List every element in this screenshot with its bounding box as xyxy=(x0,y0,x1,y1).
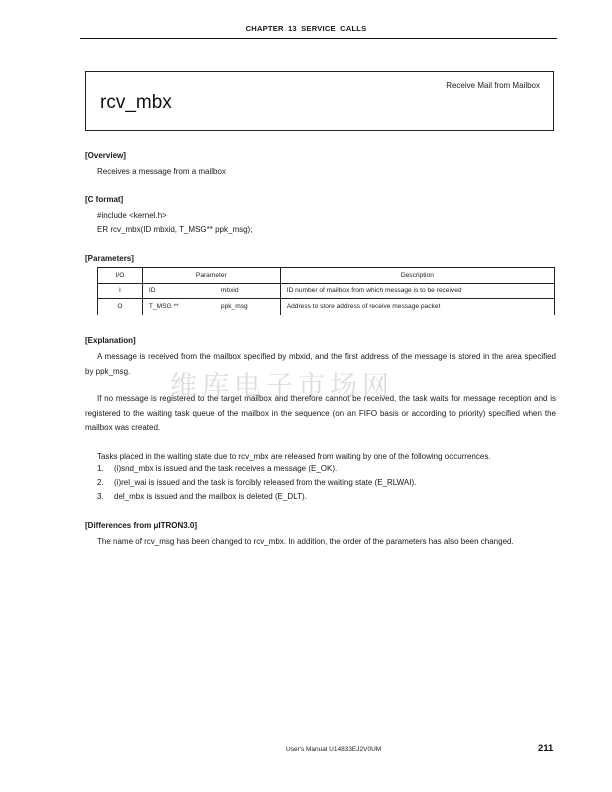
list-number: 2. xyxy=(97,478,114,487)
service-call-name: rcv_mbx xyxy=(100,92,172,114)
param-cell: IDmbxid xyxy=(142,283,280,299)
param-io: O xyxy=(98,299,143,315)
c-format-prototype: ER rcv_mbx(ID mbxid, T_MSG** ppk_msg); xyxy=(97,223,252,238)
table-header-row: I/O Parameter Description xyxy=(98,268,555,284)
list-text: del_mbx is issued and the mailbox is del… xyxy=(114,492,307,501)
column-header-io: I/O xyxy=(98,268,143,284)
column-header-parameter: Parameter xyxy=(142,268,280,284)
param-description: ID number of mailbox from which message … xyxy=(280,283,554,299)
table-row: O T_MSG **ppk_msg Address to store addre… xyxy=(98,299,555,315)
param-type: T_MSG ** xyxy=(149,303,221,310)
explanation-heading: [Explanation] xyxy=(85,336,136,345)
list-text: (i)rel_wai is issued and the task is for… xyxy=(114,478,416,487)
footer-manual-id: User's Manual U14833EJ2V0UM xyxy=(286,746,381,753)
c-format-include: #include <kernel.h> xyxy=(97,209,167,224)
list-item: 2.(i)rel_wai is issued and the task is f… xyxy=(97,478,416,487)
list-item: 1.(i)snd_mbx is issued and the task rece… xyxy=(97,464,337,473)
explanation-paragraph-2: If no message is registered to the targe… xyxy=(85,392,556,436)
list-number: 1. xyxy=(97,464,114,473)
table-row: I IDmbxid ID number of mailbox from whic… xyxy=(98,283,555,299)
parameters-heading: [Parameters] xyxy=(85,254,134,263)
param-cell: T_MSG **ppk_msg xyxy=(142,299,280,315)
list-number: 3. xyxy=(97,492,114,501)
overview-heading: [Overview] xyxy=(85,151,126,160)
header-rule xyxy=(80,38,557,39)
list-text: (i)snd_mbx is issued and the task receiv… xyxy=(114,464,337,473)
differences-text: The name of rcv_msg has been changed to … xyxy=(85,535,556,550)
param-io: I xyxy=(98,283,143,299)
column-header-description: Description xyxy=(280,268,554,284)
title-box: rcv_mbx Receive Mail from Mailbox xyxy=(85,71,554,131)
parameters-table: I/O Parameter Description I IDmbxid ID n… xyxy=(97,267,555,315)
service-call-subtitle: Receive Mail from Mailbox xyxy=(446,81,540,90)
list-item: 3.del_mbx is issued and the mailbox is d… xyxy=(97,492,307,501)
param-name: ppk_msg xyxy=(221,303,248,310)
chapter-header: CHAPTER 13 SERVICE CALLS xyxy=(0,24,612,33)
page-number: 211 xyxy=(538,743,553,754)
overview-text: Receives a message from a mailbox xyxy=(97,165,226,180)
param-description: Address to store address of receive mess… xyxy=(280,299,554,315)
param-type: ID xyxy=(149,287,221,294)
param-name: mbxid xyxy=(221,287,239,294)
explanation-paragraph-3: Tasks placed in the waiting state due to… xyxy=(97,450,491,465)
c-format-heading: [C format] xyxy=(85,195,123,204)
explanation-paragraph-1: A message is received from the mailbox s… xyxy=(85,350,556,379)
differences-heading: [Differences from μITRON3.0] xyxy=(85,521,197,530)
